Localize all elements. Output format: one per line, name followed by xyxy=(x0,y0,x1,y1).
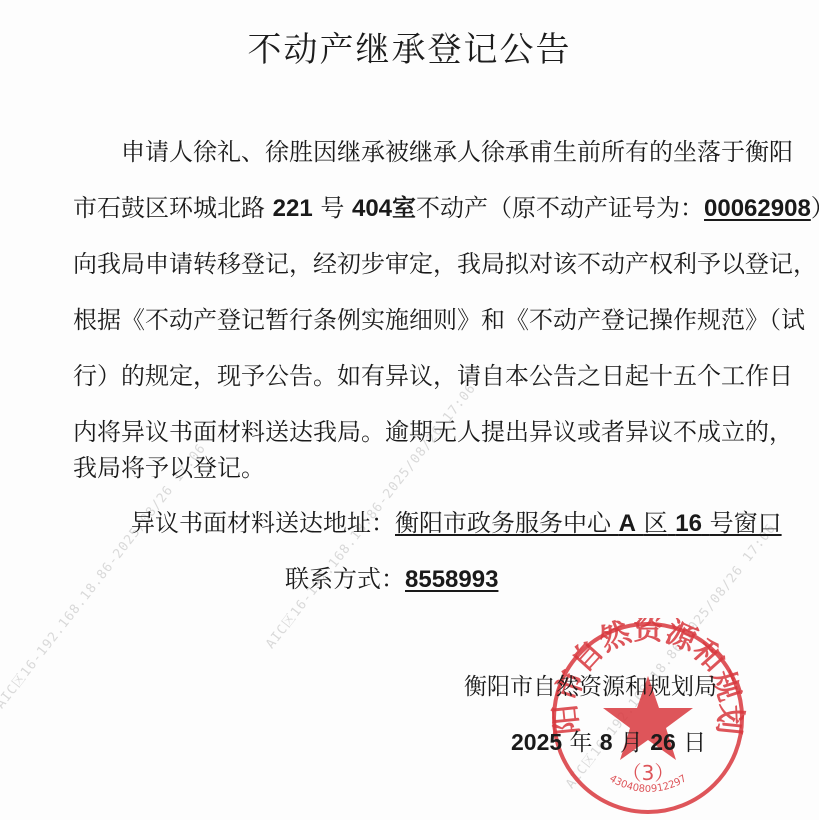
issuing-agency: 衡阳市自然资源和规划局 xyxy=(464,668,717,701)
issue-date: 2025 年 8 月 26 日 xyxy=(511,724,706,757)
road-number: 221 xyxy=(273,195,313,222)
body-line-5: 行）的规定，现予公告。如有异议，请自本公告之日起十五个工作日 xyxy=(73,361,793,391)
body-line-3: 向我局申请转移登记，经初步审定，我局拟对该不动产权利予以登记， xyxy=(73,249,817,279)
notice-title: 不动产继承登记公告 xyxy=(0,22,819,71)
svg-text:（3）: （3） xyxy=(622,761,675,785)
cert-number: 00062908 xyxy=(704,195,811,222)
body-line-6: 内将异议书面材料送达我局。逾期无人提出异议或者异议不成立的， xyxy=(73,417,793,447)
body-line-7: 我局将予以登记。 xyxy=(73,453,265,483)
body-line-4: 根据《不动产登记暂行条例实施细则》和《不动产登记操作规范》（试 xyxy=(73,305,805,335)
contact-line: 联系方式：8558993 xyxy=(285,564,498,595)
body-line-2: 市石鼓区环城北路 221 号 404室不动产（原不动产证号为：00062908） xyxy=(73,193,819,224)
contact-label: 联系方式： xyxy=(285,565,405,593)
body-line-1: 申请人徐礼、徐胜因继承被继承人徐承甫生前所有的坐落于衡阳 xyxy=(121,137,793,167)
cert-label: 不动产（原不动产证号为： xyxy=(416,194,704,222)
objection-address: 异议书面材料送达地址：衡阳市政务服务中心 A 区 16 号窗口 xyxy=(131,508,782,539)
room-number: 404室 xyxy=(352,195,416,222)
notice-page: AIC区16-192.168.18.86-2025/08/26 17:06 AI… xyxy=(0,0,819,820)
address-label: 异议书面材料送达地址： xyxy=(131,509,395,537)
cert-close: ） xyxy=(811,194,819,222)
svg-text:4304080912297: 4304080912297 xyxy=(607,773,688,795)
address-value: 衡阳市政务服务中心 A 区 16 号窗口 xyxy=(395,509,782,537)
official-seal-icon: 衡阳市自然资源和规划局 （3） 4304080912297 xyxy=(548,618,748,818)
contact-phone: 8558993 xyxy=(405,566,498,593)
hao-char: 号 xyxy=(320,194,344,222)
address-prefix: 市石鼓区环城北路 xyxy=(73,194,265,222)
